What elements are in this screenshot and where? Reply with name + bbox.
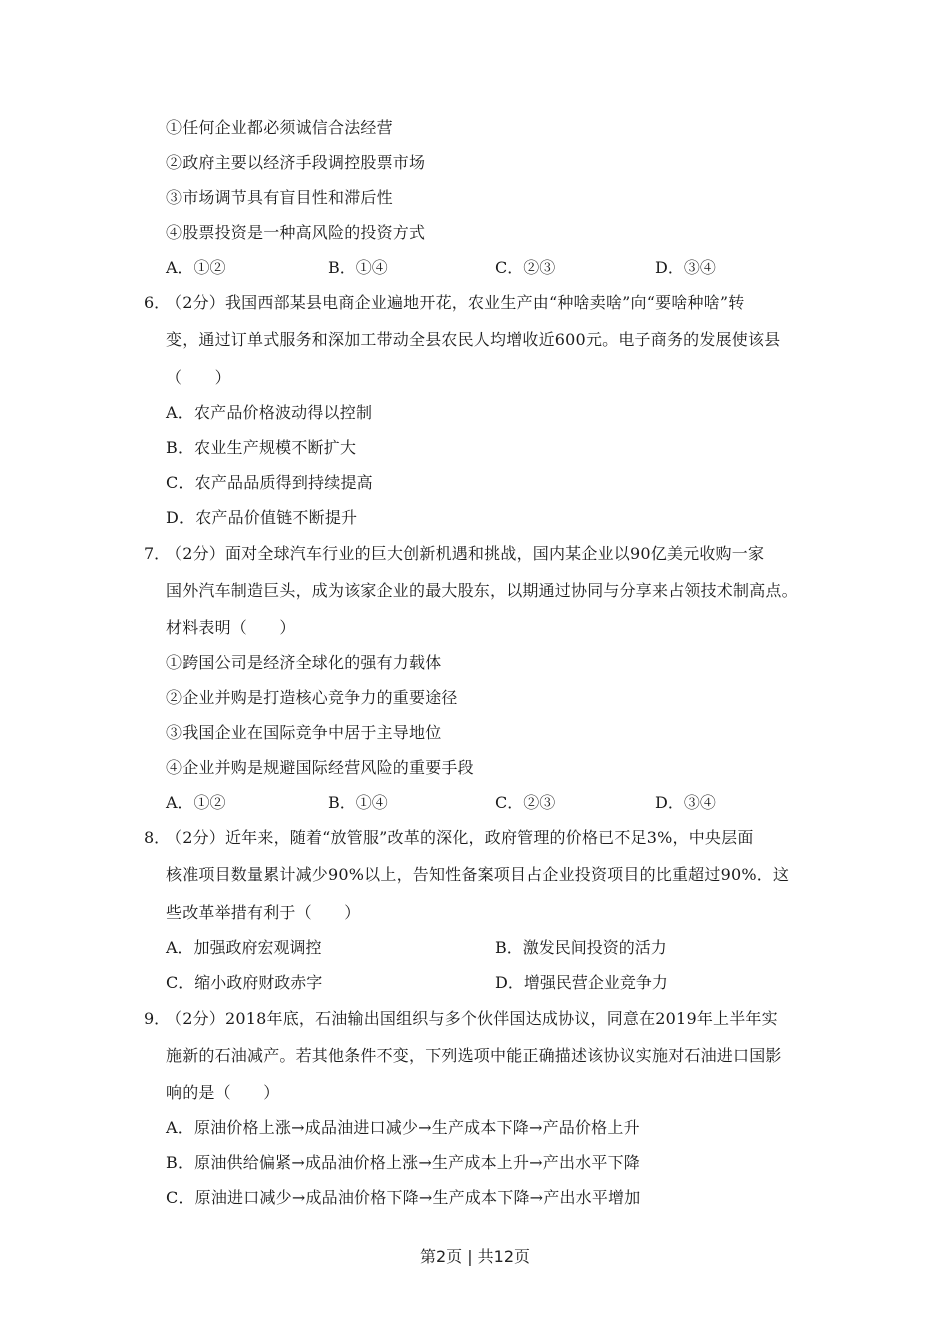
option-a: A．加强政府宏观调控 [166,938,322,958]
option-b: B．激发民间投资的活力 [495,938,667,958]
option-b: B．①④ [328,258,388,278]
option-c: C．缩小政府财政赤字 [166,973,322,993]
question-stem-line: 变，通过订单式服务和深加工带动全县农民人均增收近600元。电子商务的发展使该县 [166,330,780,350]
statement-2: ②企业并购是打造核心竞争力的重要途径 [166,688,458,708]
answer-blank: 些改革举措有利于（ ） [166,903,360,923]
document-page: ①任何企业都必须诚信合法经营 ②政府主要以经济手段调控股票市场 ③市场调节具有盲… [0,0,950,1344]
statement-4: ④股票投资是一种高风险的投资方式 [166,223,425,243]
answer-blank: （ ） [166,368,231,388]
option-b: B．①④ [328,793,388,813]
statement-3: ③市场调节具有盲目性和滞后性 [166,188,393,208]
question-stem-line: 施新的石油减产。若其他条件不变，下列选项中能正确描述该协议实施对石油进口国影 [166,1046,782,1066]
option-a: A．农产品价格波动得以控制 [166,403,372,423]
option-a: A．原油价格上涨→成品油进口减少→生产成本下降→产品价格上升 [166,1118,640,1138]
question-stem-line: （2分）2018年底，石油输出国组织与多个伙伴国达成协议，同意在2019年上半年… [166,1009,778,1029]
question-stem-line: 国外汽车制造巨头，成为该家企业的最大股东，以期通过协同与分享来占领技术制高点。 [166,581,798,601]
statement-3: ③我国企业在国际竞争中居于主导地位 [166,723,441,743]
page-footer: 第2页 | 共12页 [0,1244,950,1267]
question-stem-line: （2分）面对全球汽车行业的巨大创新机遇和挑战，国内某企业以90亿美元收购一家 [166,544,764,564]
question-stem-line: （2分）近年来，随着“放管服”改革的深化，政府管理的价格已不足3%，中央层面 [166,828,754,848]
option-d: D．③④ [655,258,716,278]
option-c: C．农产品品质得到持续提高 [166,473,373,493]
option-d: D．农产品价值链不断提升 [166,508,357,528]
statement-4: ④企业并购是规避国际经营风险的重要手段 [166,758,474,778]
option-c: C．②③ [495,793,555,813]
option-b: B．农业生产规模不断扩大 [166,438,356,458]
question-stem-line: 核准项目数量累计减少90%以上，告知性备案项目占企业投资项目的比重超过90%．这 [166,865,789,885]
option-c: C．原油进口减少→成品油价格下降→生产成本下降→产出水平增加 [166,1188,640,1208]
answer-blank: 材料表明（ ） [166,618,296,638]
answer-blank: 响的是（ ） [166,1083,279,1103]
option-c: C．②③ [495,258,555,278]
statement-2: ②政府主要以经济手段调控股票市场 [166,153,425,173]
option-a: A．①② [166,793,226,813]
option-a: A．①② [166,258,226,278]
statement-1: ①任何企业都必须诚信合法经营 [166,118,393,138]
option-d: D．增强民营企业竞争力 [495,973,668,993]
question-stem-line: （2分）我国西部某县电商企业遍地开花，农业生产由“种啥卖啥”向“要啥种啥”转 [166,293,745,313]
option-b: B．原油供给偏紧→成品油价格上涨→生产成本上升→产出水平下降 [166,1153,640,1173]
statement-1: ①跨国公司是经济全球化的强有力载体 [166,653,441,673]
option-d: D．③④ [655,793,716,813]
